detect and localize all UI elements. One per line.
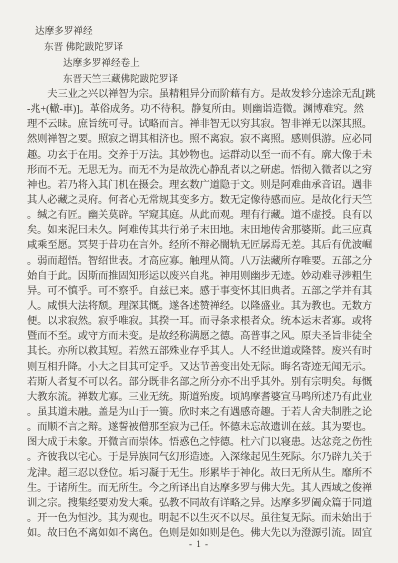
text-line: 暨而不至。或守方而未变。是故经称满愿之德。高普事之风。原夫圣旨非徒全 xyxy=(27,329,377,344)
text-line: 便。以求寂然。寂乎唯寂。其揆一耳。而寻条求根者众。统本运末者寡。或将 xyxy=(27,314,377,329)
fascicle-translator: 东晋天竺三藏佛陀跋陀罗译 xyxy=(63,74,178,86)
text-line: 趣。功玄于在用。交养于万法。其妙物也。运群动以至一而不有。廓大像于未 xyxy=(27,148,377,163)
text-line: 然则禅智之要。照寂之谓其相济也。照不离寂。寂不离照。感则俱游。应必同 xyxy=(27,132,377,147)
text-line: 。虽其道未融。盖是为山于一篑。欣时来之有遇感奇趣。于若人舍夫制胜之论 xyxy=(27,405,377,420)
text-line: 则互相升降。小大之目其可定乎。又达节善变出处无际。晦名寄迹无闻无示。 xyxy=(27,360,377,375)
text-line: 异。可不慎乎。可不察乎。自兹已来。感于事变怀其旧典者。五部之学并有其 xyxy=(27,284,377,299)
text-line: 。齐彼我以宅心。于是异族同气幻形造迹。入深缘起见生死际。尔乃辟九关于 xyxy=(27,450,377,465)
text-line: 人。咸惧大法将颓。理深其慨。遂各述赞禅经。以隆盛业。其为教也。无数方 xyxy=(27,299,377,314)
text-line: 其长。亦所以救其短。若然五部殊业存乎其人。人不经世道或隆替。废兴有时 xyxy=(27,344,377,359)
text-line: -兆+(轍-車)]。革俗成务。功不待积。静复所由。则幽诣造微。渊博难究。然 xyxy=(27,102,377,117)
text-line: 始自于此。因斯而推固知形运以废兴自兆。神用则幽步无迹。妙动难寻涉粗生 xyxy=(27,269,377,284)
text-line: 咸乘至愿。冥契于昔功在言外。经所不辩必闇轨无匠孱焉无差。其后有优波崛 xyxy=(27,238,377,253)
text-line: 图大成于未象。开微言而崇体。悟惑色之悖德。杜六门以寝患。达忿竞之伤性 xyxy=(27,435,377,450)
page-number: - 1 - xyxy=(0,539,398,549)
fascicle-title: 达摩多罗禅经卷上 xyxy=(63,58,140,70)
text-line: 其人必藏之灵府。何者心无常规其变多方。数无定像待感而应。是故化行天竺 xyxy=(27,193,377,208)
text-line: 大教东流。禅数尤寡。三业无统。斯道殆废。顷鸠摩耆婆宣马鸣所述乃有此业 xyxy=(27,390,377,405)
text-line: 若斯人者复不可以名。部分既非名部之所分亦不出乎其外。别有宗明矣。每慨 xyxy=(27,375,377,390)
text-line: 矣。如来泥曰未久。阿难传其共行弟子末田地。末田地传舍那婆斯。此三应真 xyxy=(27,223,377,238)
text-line: 。弱而超悟。智绍世表。才高应寡。触理从简。八万法藏所存唯要。五部之分 xyxy=(27,254,377,269)
text-line: 夫三业之兴以禅智为宗。虽精粗异分而阶藉有方。是故发轸分逵涂无乱[跳 xyxy=(27,87,377,102)
text-line: 。开一色为恒沙。其为观也。明起不以生灭不以尽。虽往复无际。而未始出于 xyxy=(27,511,377,526)
text-line: 生。于诸所生。而无所生。今之所译出自达摩多罗与佛大先。其人西域之俊禅 xyxy=(27,481,377,496)
text-line: 龙津。超三忍以登位。垢习凝于无生。形累毕于神化。故曰无所从生。靡所不 xyxy=(27,466,377,481)
body-text: 夫三业之兴以禅智为宗。虽精粗异分而阶藉有方。是故发轸分逵涂无乱[跳-兆+(轍-車… xyxy=(27,87,377,541)
translator-line: 东晋 佛陀跋陀罗译 xyxy=(44,42,123,54)
text-line: 形而不无。无思无为。而无不为是故洗心静乱者以之研虑。悟彻入微者以之穷 xyxy=(27,163,377,178)
book-title: 达摩多罗禅经 xyxy=(35,26,93,38)
text-line: 。而顺不言之辩。遂誓被僧那至寂为己任。怀德未忘故遗训在兹。其为要也。 xyxy=(27,420,377,435)
text-line: 。缄之有匠。幽关莫辟。罕窥其庭。从此而观。理有行藏。道不虚授。良有以 xyxy=(27,208,377,223)
text-line: 训之宗。搜集经要劝发大乘。弘教不同故有详略之异。达摩多罗阖众篇于同道 xyxy=(27,496,377,511)
scanned-sutra-page: 达摩多罗禅经 东晋 佛陀跋陀罗译 达摩多罗禅经卷上 东晋天竺三藏佛陀跋陀罗译 夫… xyxy=(0,0,398,563)
text-line: 神也。若乃将入其门机在摄会。理玄数广道隐于文。则是阿难曲承音诏。遇非 xyxy=(27,178,377,193)
text-line: 理不云昧。庶旨统可寻。试略而言。禅非智无以穷其寂。智非禅无以深其照。 xyxy=(27,117,377,132)
